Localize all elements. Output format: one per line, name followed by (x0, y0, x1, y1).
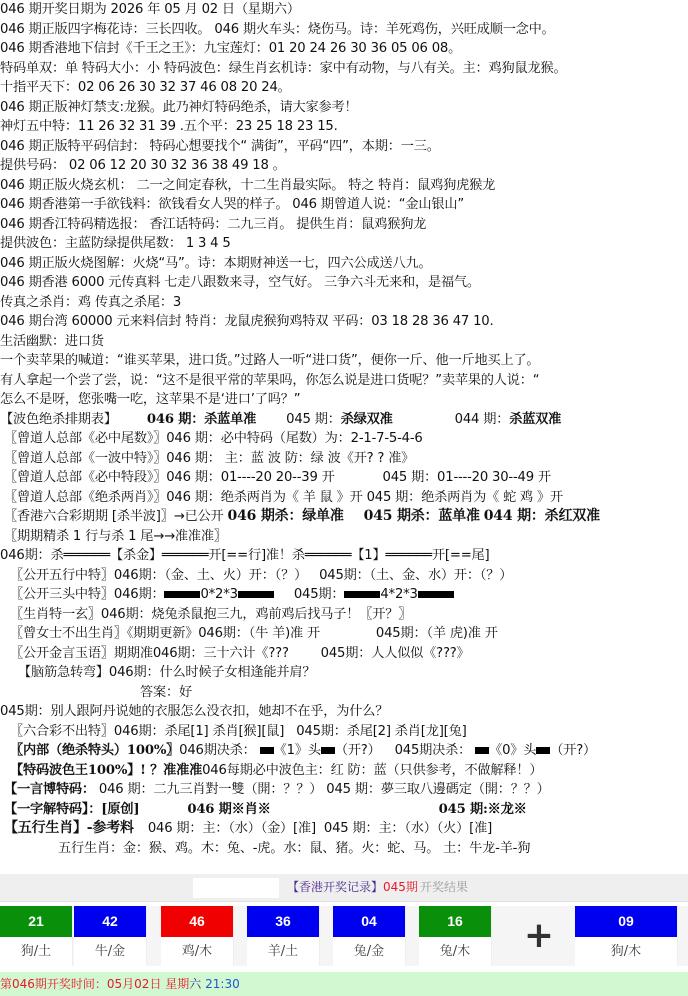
ball-zodiac: 兔/木 (419, 937, 491, 966)
kill-line-title: 〖期期精杀 1 行与杀 1 尾→→准准准〗 (0, 527, 688, 547)
next-draw-time: 21:30 (205, 977, 240, 991)
liuhe-not-special-line: 〖六合彩不出特〗046期：杀尾[1] 杀肖[猴][鼠] 045期：杀尾[2] 杀… (0, 722, 688, 742)
special-ball: 09 狗/木 (575, 906, 678, 966)
first-hand-line: 046 期香港第一手欲钱料：欲钱看女人哭的样子。 046 期曾道人说：“金山银山… (0, 195, 688, 215)
results-period: 045期 (383, 874, 418, 901)
ball-number: 36 (247, 906, 319, 937)
ball-zodiac: 羊/土 (247, 937, 319, 966)
ball-number: 09 (575, 906, 677, 937)
bar-decoration (475, 747, 489, 754)
wave-king-label: 【特码波色王100%】! ？准准准 (10, 763, 202, 778)
inner-kill-045: 045期决杀： (395, 743, 472, 758)
one-word-bet-line: 【一言博特码： 046 期：二九三肖對一雙（開：？？） 045 期：夢三取八邊碼… (0, 780, 688, 800)
ten-fingers-line: 十指平天下：02 06 26 30 32 37 46 08 20 24。 (0, 78, 688, 98)
three-heads-045-label: 045期： (294, 587, 345, 602)
article-content: 046 期开奖日期为 2026 年 05 月 02 日（星期六） 046 期正版… (0, 0, 688, 858)
next-draw-weekday-a: 星期 (165, 977, 189, 991)
bar-decoration (164, 591, 200, 598)
wave-king-line: 【特码波色王100%】! ？准准准046每期必中波色主：红 防：蓝（只供参考，不… (0, 761, 688, 781)
wave-kill-046: 046 期：杀蓝单准 (147, 412, 256, 427)
wave-kill-044-period: 044 期： (455, 412, 510, 427)
humor-text-line-2: 有人拿起一个尝了尝，说：“这不是很平常的苹果吗，你怎么说是进口货呢？”卖苹果的人… (0, 371, 688, 391)
xiangjiang-line: 046 期香江特码精选报： 香江话特码：二九三肖。 提供生肖：鼠鸡猴狗龙 (0, 215, 688, 235)
divine-lamp-numbers-line: 神灯五中特：11 26 32 31 39 .五个平：23 25 18 23 15… (0, 117, 688, 137)
golden-words-line: 〖公开金言玉语〗期期准046期：三十六计《??? 045期：人人似似《???》 (0, 644, 688, 664)
underground-envelope-line: 046 期香港地下信封《千王之王》：九宝莲灯：01 20 24 26 30 36… (0, 39, 688, 59)
brain-teaser-prev: 045期：别人跟阿丹说她的衣服怎么没衣扣，她却不在乎，为什么？ (0, 702, 688, 722)
divine-lamp-line: 046 期正版神灯禁支:龙猴。此乃神灯特码绝杀，请大家参考！ (0, 98, 688, 118)
zeng-kill-two-line: 〖曾道人总部《绝杀两肖》〗046 期：绝杀两肖为《 羊 鼠 》开 045 期：绝… (0, 488, 688, 508)
results-title-link[interactable]: 【香港开奖记录】 (287, 874, 383, 901)
wave-kill-table-line: 【波色绝杀排期表】 046 期：杀蓝单准 045 期：杀绿双准 044 期：杀蓝… (0, 410, 688, 430)
inner-kill-046: 046期决杀： (179, 743, 256, 758)
plus-icon: + (505, 906, 573, 966)
special-flat-envelope-line: 046 期正版特平码信封： 特码心想要找个“ 满街”，平码“四”，本期：一三。 (0, 137, 688, 157)
ball-number: 42 (74, 906, 146, 937)
ball-zodiac: 牛/金 (74, 937, 146, 966)
half-wave-045: 045 期杀：蓝单准 (364, 508, 480, 524)
ball-number: 21 (0, 906, 72, 937)
draw-date-line: 046 期开奖日期为 2026 年 05 月 02 日（星期六） (0, 0, 688, 20)
five-elements-legend: 五行生肖：金：猴、鸡。木：兔、-虎。水：鼠、猪。火：蛇、马。 土：牛龙-羊-狗 (0, 839, 688, 859)
fire-diagram-line: 046 期正版火烧图解：火烧“马”。诗：本期财神送一七，四六公成送八九。 (0, 254, 688, 274)
five-elements-zodiac-line: 【五行生肖】-参考料 046 期：主：（水）（金）[准] 045 期：主：（水）… (0, 819, 688, 839)
ball-6: 16 兔/木 (419, 906, 492, 966)
bar-decoration (418, 591, 454, 598)
humor-title-line: 生活幽默：进口货 (0, 332, 688, 352)
ball-1: 21 狗/土 (0, 906, 73, 966)
next-draw-bar: 第046期开奖时间：05月02日 星期六 21:30 (0, 972, 688, 996)
ms-zeng-line: 〖曾女士不出生肖〗《期期更新》046期：（牛 羊)准 开 045期：（羊 虎)准… (0, 624, 688, 644)
brain-teaser-answer: 答案：好 (0, 683, 688, 703)
zodiac-mystery-line: 〖生肖特一玄〗046期：烧兔杀鼠抱三九，鸡前鸡后找马子！〖开？〗 (0, 605, 688, 625)
humor-text-line-3: 怎么不是呀，您张嘴一吃，这苹果不是‘进口’了吗？” (0, 390, 688, 410)
wave-kill-045-period: 045 期： (286, 412, 341, 427)
next-draw-date: 05月02日 (107, 977, 162, 991)
one-char-046: 046 期※肖※ (187, 802, 270, 817)
ball-3: 46 鸡/木 (161, 906, 234, 966)
fax-material-line: 046 期香港 6000 元传真料 七走八跟数来寻，空气好。 三争六斗无来和，是… (0, 273, 688, 293)
results-search-box[interactable] (193, 878, 279, 898)
bar-decoration (321, 747, 335, 754)
inner-kill-label: 〖内部（绝杀特头）100%〗 (10, 743, 179, 758)
humor-text-line-1: 一个卖苹果的喊道：“谁买苹果，进口货。”过路人一听“进口货”，便你一斤、他一斤地… (0, 351, 688, 371)
bar-decoration (238, 591, 274, 598)
bar-decoration (260, 747, 274, 754)
brain-teaser-question: 【脑筋急转弯】046期：什么时候子女相逢能并肩？ (0, 663, 688, 683)
half-wave-label: 〖香港六合彩期期 [杀半波]〗→已公开 (4, 509, 224, 524)
wave-kill-label: 【波色绝杀排期表】 (0, 412, 117, 427)
three-heads-046: 0*2*3 (200, 587, 237, 602)
wave-tail-line: 提供波色：主蓝防绿提供尾数： 1 3 4 5 (0, 234, 688, 254)
zeng-tail-line: 〖曾道人总部《必中尾数》〗046 期：必中特码（尾数）为：2-1-7-5-4-6 (0, 429, 688, 449)
result-balls: 21 狗/土 42 牛/金 46 鸡/木 36 羊/土 04 兔/金 16 兔/… (0, 906, 688, 966)
zeng-one-wave-line: 〖曾道人总部《一波中特》〗046 期： 主：蓝 波 防：绿 波《开? ? 准》 (0, 449, 688, 469)
next-draw-weekday-b: 六 (189, 977, 201, 991)
ball-zodiac: 兔/金 (333, 937, 405, 966)
wave-kill-044-value: 杀蓝双准 (509, 412, 561, 427)
ball-5: 04 兔/金 (333, 906, 406, 966)
results-suffix: 开奖结果 (420, 874, 468, 901)
wave-kill-045-value: 杀绿双准 (341, 412, 393, 427)
ball-zodiac: 鸡/木 (161, 937, 233, 966)
ball-number: 46 (161, 906, 233, 937)
inner-kill-046-open: （开?） (335, 743, 381, 758)
half-wave-046: 046 期杀：绿单准 (228, 508, 344, 524)
fire-mystery-line: 046 期正版火烧玄机： 二一之间定春秋，十二生肖最实际。 特之 特肖：鼠鸡狗虎… (0, 176, 688, 196)
three-heads-line: 〖公开三头中特〗046期：0*2*3 045期：4*2*3 (0, 585, 688, 605)
fax-kill-line: 传真之杀肖：鸡 传真之杀尾：3 (0, 293, 688, 313)
inner-kill-045-open: （开?） (550, 743, 596, 758)
five-elements-zodiac-label: 【五行生肖】-参考料 (4, 820, 134, 836)
inner-kill-head-line: 〖内部（绝杀特头）100%〗046期决杀： 《1》头（开?） 045期决杀： 《… (0, 741, 688, 761)
special-code-attributes-line: 特码单双：单 特码大小：小 特码波色：绿生肖玄机诗：家中有动物，与八有关。主：鸡… (0, 59, 688, 79)
inner-kill-045-value: 《0》头 (489, 743, 536, 758)
five-elements-line: 〖公开五行中特〗046期：（金、土、火）开：（？） 045期：（土、金、水）开：… (0, 566, 688, 586)
ball-4: 36 羊/土 (247, 906, 320, 966)
taiwan-envelope-line: 046 期台湾 60000 元来料信封 特肖：龙鼠虎猴狗鸡特双 平码：03 18… (0, 312, 688, 332)
three-heads-045: 4*2*3 (380, 587, 417, 602)
one-word-bet-label: 【一言博特码： (4, 782, 95, 797)
zeng-segment-line: 〖曾道人总部《必中特段》〗046 期：01----20 20--39 开 045… (0, 468, 688, 488)
half-wave-044: 044 期：杀红双准 (484, 508, 600, 524)
five-elements-zodiac-text: 046 期：主：（水）（金）[准] 045 期：主：（水）（火）[准] (148, 821, 492, 836)
next-draw-prefix: 第046期开奖时间： (0, 977, 107, 991)
three-heads-label: 〖公开三头中特〗046期： (10, 587, 164, 602)
ball-2: 42 牛/金 (74, 906, 147, 966)
one-char-line: 【一字解特码】：[原创] 046 期※肖※ 045 期:※龙※ (0, 800, 688, 820)
one-char-label: 【一字解特码】：[原创] (4, 802, 139, 817)
ball-number: 16 (419, 906, 491, 937)
bar-decoration (536, 747, 550, 754)
one-char-045: 045 期:※龙※ (439, 802, 527, 817)
bar-decoration (344, 591, 380, 598)
half-wave-line: 〖香港六合彩期期 [杀半波]〗→已公开 046 期杀：绿单准 045 期杀：蓝单… (0, 507, 688, 527)
provided-numbers-line: 提供号码： 02 06 12 20 30 32 36 38 49 18 。 (0, 156, 688, 176)
plum-poem-line: 046 期正版四字梅花诗：三长四收。 046 期火车头：烧伤马。诗：羊死鸡伤，兴… (0, 20, 688, 40)
ball-zodiac: 狗/土 (0, 937, 72, 966)
ball-zodiac: 狗/木 (575, 937, 677, 966)
wave-king-text: 046每期必中波色主：红 防：蓝（只供参考，不做解释！） (202, 763, 542, 778)
ball-number: 04 (333, 906, 405, 937)
kill-line-detail: 046期：杀══════【杀金】══════开[==行]准！杀══════【1】… (0, 546, 688, 566)
inner-kill-046-value: 《1》头 (274, 743, 321, 758)
one-word-bet-text: 046 期：二九三肖對一雙（開：？？） 045 期：夢三取八邊碼定（開：？？） (99, 782, 550, 797)
results-header: 【香港开奖记录】 045期 开奖结果 (0, 874, 688, 902)
